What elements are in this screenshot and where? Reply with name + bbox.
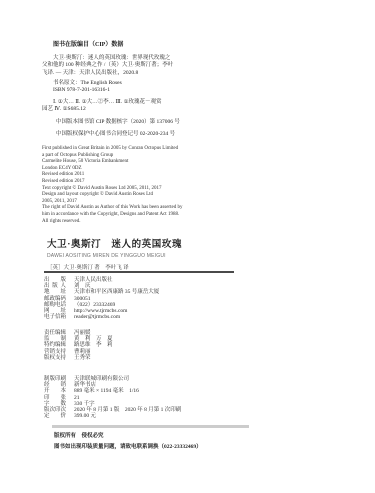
copyright-line: The right of David Austin as Author of t…: [42, 205, 247, 212]
classification-line: 园艺 Ⅳ. ①S685.12: [42, 106, 217, 113]
byline: ［英］大卫·奥斯汀 著 李叶飞 译: [47, 263, 257, 271]
info-label: 电子信箱: [44, 314, 66, 320]
divider-dark: [44, 271, 234, 273]
info-row: 版权支持王秀荣: [44, 355, 254, 361]
quality-note: 图书如出现印装质量问题，请致电联系调换（022-23332469）: [54, 442, 284, 450]
book-title: 大卫·奥斯汀 迷人的英国玫瑰: [47, 236, 257, 250]
cip-block: 图书在版编目（CIP）数据 大卫·奥斯汀：迷人的英国玫瑰：世界现代玫瑰之 父和他…: [42, 42, 217, 138]
staff-info: 责任编辑冯丽媛 监制黄 利 万 夏 特约编辑路思维 李 莉 营销支持曹莉丽 版权…: [44, 330, 254, 361]
registration-number-line: 中国版权保护中心图书合同登记号 02-2020-234 号: [42, 131, 217, 138]
copyright-line: London EC4Y 0DZ: [42, 166, 247, 173]
info-value: reader@tjrmcbs.com: [74, 314, 120, 320]
info-value: 399.00 元: [74, 413, 96, 419]
cip-record-line: 飞译. — 天津：天津人民出版社，2020.8: [42, 70, 217, 77]
info-row: 电子信箱reader@tjrmcbs.com: [44, 314, 254, 320]
copyright-line: Design and layout copyright © David Aust…: [42, 192, 247, 199]
info-value: 889 毫米 × 1194 毫米 1/16: [74, 388, 139, 394]
copyright-line: Revised edition 2011: [42, 172, 247, 179]
divider-gray: [52, 425, 249, 428]
copyright-line: Revised edition 2017: [42, 179, 247, 186]
info-value: 王秀荣: [74, 355, 91, 361]
copyright-line: Carmelite House, 50 Victoria Embankment: [42, 159, 247, 166]
cip-record-line: 父和他的 100 种经典之作 /（英）大卫·奥斯汀著；李叶: [42, 62, 217, 69]
copyright-line: First published in Great Britain in 2005…: [42, 146, 247, 153]
book-title-pinyin: DAWEI AOSITING MIREN DE YINGGUO MEIGUI: [47, 253, 257, 259]
original-title-line: 书名原文：The English Roses: [42, 80, 217, 87]
publication-info: 出版天津人民出版社 出版人刘 庆 地址天津市和平区西康路 35 号康岳大厦 邮政…: [44, 277, 254, 320]
copyright-line: 2005, 2011, 2017: [42, 199, 247, 206]
copyright-line: a part of Octopus Publishing Group: [42, 153, 247, 160]
copyright-notice: First published in Great Britain in 2005…: [42, 146, 247, 225]
colophon-page: 图书在版编目（CIP）数据 大卫·奥斯汀：迷人的英国玫瑰：世界现代玫瑰之 父和他…: [0, 0, 375, 493]
rights-statement: 版权所有 侵权必究: [54, 431, 284, 439]
title-block: 大卫·奥斯汀 迷人的英国玫瑰 DAWEI AOSITING MIREN DE Y…: [47, 236, 257, 271]
copyright-line: All rights reserved.: [42, 219, 247, 226]
footer-block: 版权所有 侵权必究 图书如出现印装质量问题，请致电联系调换（022-233324…: [54, 431, 284, 450]
isbn-line: ISBN 978-7-201-16316-1: [42, 87, 217, 94]
cip-number-line: 中国版本图书馆 CIP 数据核字（2020）第 137006 号: [42, 119, 217, 126]
printing-info: 制版印刷天津联城印刷有限公司 经销新华书店 开本889 毫米 × 1194 毫米…: [44, 376, 254, 419]
copyright-line: him in accordance with the Copyright, De…: [42, 212, 247, 219]
info-label: 定价: [44, 413, 66, 419]
info-row: 定价399.00 元: [44, 413, 254, 419]
info-label: 版权支持: [44, 355, 66, 361]
cip-header: 图书在版编目（CIP）数据: [42, 42, 217, 49]
